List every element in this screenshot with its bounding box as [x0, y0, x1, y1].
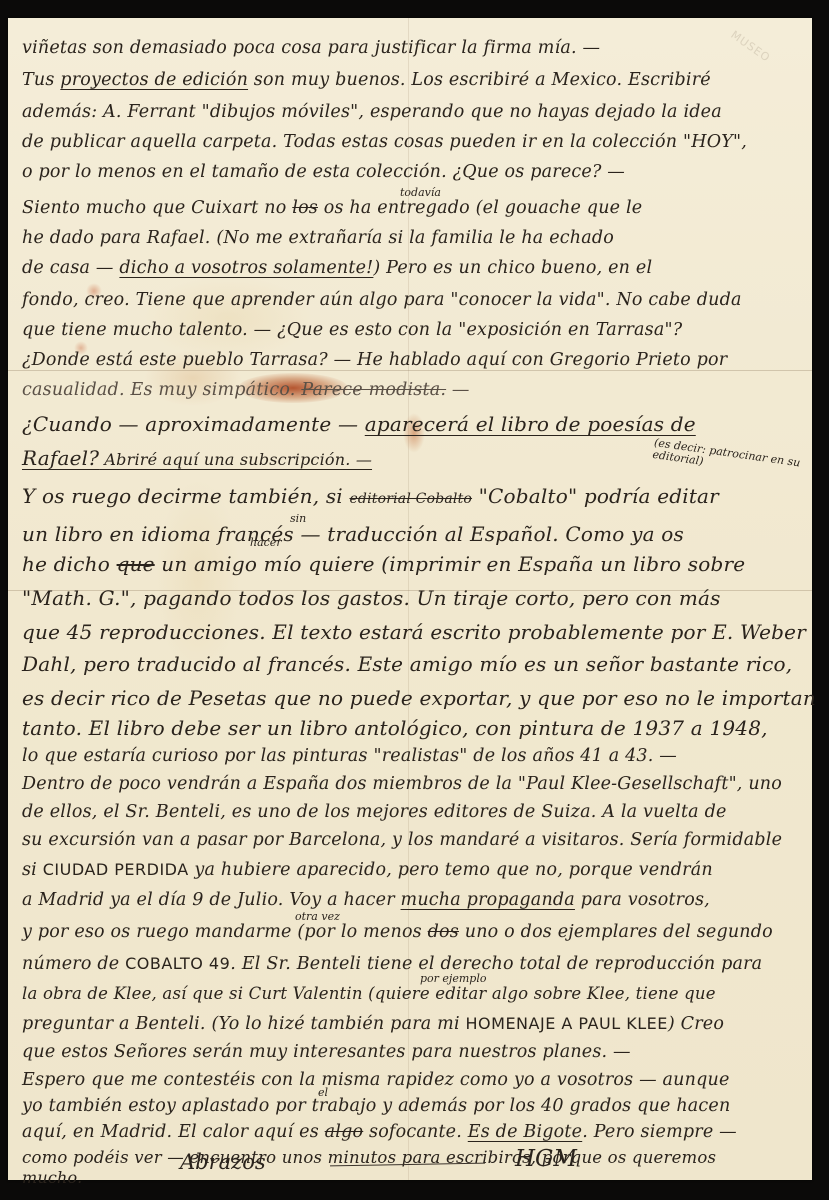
signature: HGM [515, 1146, 577, 1172]
magazine-title: COBALTO 49 [125, 954, 230, 973]
text: ya hubiere aparecido, pero temo que no, … [189, 860, 713, 880]
letter-line: he dado para Rafael. (No me extrañaría s… [22, 228, 809, 248]
text: de casa — [22, 258, 119, 278]
letter-line: que estos Señores serán muy interesantes… [22, 1042, 809, 1062]
letter-line: su excursión van a pasar por Barcelona, … [22, 830, 809, 850]
letter-line: ¿Donde está este pueblo Tarrasa? — He ha… [22, 350, 809, 370]
text: casualidad. Es muy simpático. [22, 380, 301, 400]
letter-line: es decir rico de Pesetas que no puede ex… [22, 686, 809, 710]
letter-line: preguntar a Benteli. (Yo lo hizé también… [22, 1014, 809, 1034]
underlined-text: dicho a vosotros solamente! [119, 258, 373, 278]
text: traducción al Español. Como ya os [327, 522, 684, 546]
underlined-text: aparecerá el libro de poesías de [365, 412, 696, 436]
text: preguntar a Benteli. (Yo lo hizé también… [22, 1014, 466, 1034]
letter-line: Siento mucho que Cuixart no los os ha en… [22, 198, 809, 218]
letter-line: yo también estoy aplastado por trabajo y… [22, 1096, 809, 1116]
letter-line: si CIUDAD PERDIDA ya hubiere aparecido, … [22, 860, 809, 880]
letter-line: o por lo menos en el tamaño de esta cole… [22, 162, 809, 182]
letter-line: tanto. El libro debe ser un libro antoló… [22, 716, 809, 740]
struck-text: los [292, 198, 318, 218]
text: . Pero siempre — [582, 1122, 737, 1142]
text: si [22, 860, 43, 880]
text: — [446, 380, 469, 400]
text: número de [22, 954, 125, 974]
text: son muy buenos. Los escribiré a Mexico. … [248, 70, 711, 90]
underlined-text: Rafael? [22, 446, 99, 470]
underlined-text: proyectos de edición [60, 70, 248, 90]
text: ) Creo [668, 1014, 724, 1034]
text: "Cobalto" podría editar [472, 484, 719, 508]
letter-line: que tiene mucho talento. — ¿Que es esto … [22, 320, 809, 340]
letter-line: Espero que me contestéis con la misma ra… [22, 1070, 809, 1090]
letter-line: Dahl, pero traducido al francés. Este am… [22, 652, 809, 676]
letter-line: aquí, en Madrid. El calor aquí es algo s… [22, 1122, 809, 1142]
letter-line: he dicho que un amigo mío quiere (imprim… [22, 552, 809, 576]
fold-line-horizontal [8, 370, 812, 371]
text: Y os ruego decirme también, si [22, 484, 349, 508]
letter-line: fondo, creo. Tiene que aprender aún algo… [22, 290, 809, 310]
letter-line: Y os ruego decirme también, si editorial… [22, 484, 809, 508]
text: un amigo mío quiere (imprimir en España … [155, 552, 746, 576]
letter-line: viñetas son demasiado poca cosa para jus… [22, 38, 809, 58]
text: os ha entregado (el gouache que le [318, 198, 642, 218]
letter-line: lo que estaría curioso por las pinturas … [22, 746, 809, 766]
letter-line: que 45 reproducciones. El texto estará e… [22, 620, 809, 644]
text: ¿Cuando — aproximadamente — [22, 412, 365, 436]
book-title: CIUDAD PERDIDA [43, 860, 189, 879]
letter-line: un libro en idioma francés — traducción … [22, 522, 809, 546]
letter-line: número de COBALTO 49. El Sr. Benteli tie… [22, 954, 809, 974]
struck-text: Parece modista. [301, 380, 446, 400]
struck-text: que [117, 552, 155, 576]
letter-line: la obra de Klee, así que si Curt Valenti… [22, 984, 809, 1003]
text: para vosotros, [575, 890, 710, 910]
text: . El Sr. Benteli tiene el derecho total … [230, 954, 762, 974]
interlinear-insertion: hacer [250, 536, 282, 549]
letter-line: de casa — dicho a vosotros solamente!) P… [22, 258, 809, 278]
letter-line: a Madrid ya el día 9 de Julio. Voy a hac… [22, 890, 809, 910]
text: Tus [22, 70, 60, 90]
text: uno o dos ejemplares del segundo [459, 922, 773, 942]
text: aquí, en Madrid. El calor aquí es [22, 1122, 325, 1142]
underlined-text: mucha propaganda [401, 890, 575, 910]
underlined-text: Abriré aquí una subscripción. — [99, 450, 372, 469]
text: Siento mucho que Cuixart no [22, 198, 292, 218]
struck-text: algo [325, 1122, 364, 1142]
work-title: HOMENAJE A PAUL KLEE [466, 1014, 668, 1033]
text: ) Pero es un chico bueno, en el [373, 258, 652, 278]
letter-line: y por eso os ruego mandarme (por lo meno… [22, 922, 809, 942]
letter-line: Tus proyectos de edición son muy buenos.… [22, 70, 809, 90]
letter-line: Dentro de poco vendrán a España dos miem… [22, 774, 809, 794]
struck-text: dos [428, 922, 459, 942]
closing-salutation: Abrazos [180, 1150, 266, 1174]
letter-line: de ellos, el Sr. Benteli, es uno de los … [22, 802, 809, 822]
letter-line: ¿Cuando — aproximadamente — aparecerá el… [22, 412, 809, 436]
letter-line: casualidad. Es muy simpático. Parece mod… [22, 380, 809, 400]
letter-line: de publicar aquella carpeta. Todas estas… [22, 132, 809, 152]
underlined-text: Es de Bigote [468, 1122, 582, 1142]
text: he dicho [22, 552, 117, 576]
text: y por eso os ruego mandarme (por lo meno… [22, 922, 428, 942]
letter-line: "Math. G.", pagando todos los gastos. Un… [22, 586, 809, 610]
letter-line: además: A. Ferrant "dibujos móviles", es… [22, 102, 809, 122]
letter-line: mucho. [22, 1168, 809, 1187]
text: a Madrid ya el día 9 de Julio. Voy a hac… [22, 890, 401, 910]
struck-text: editorial Cobalto [349, 491, 472, 507]
text: sofocante. [363, 1122, 468, 1142]
